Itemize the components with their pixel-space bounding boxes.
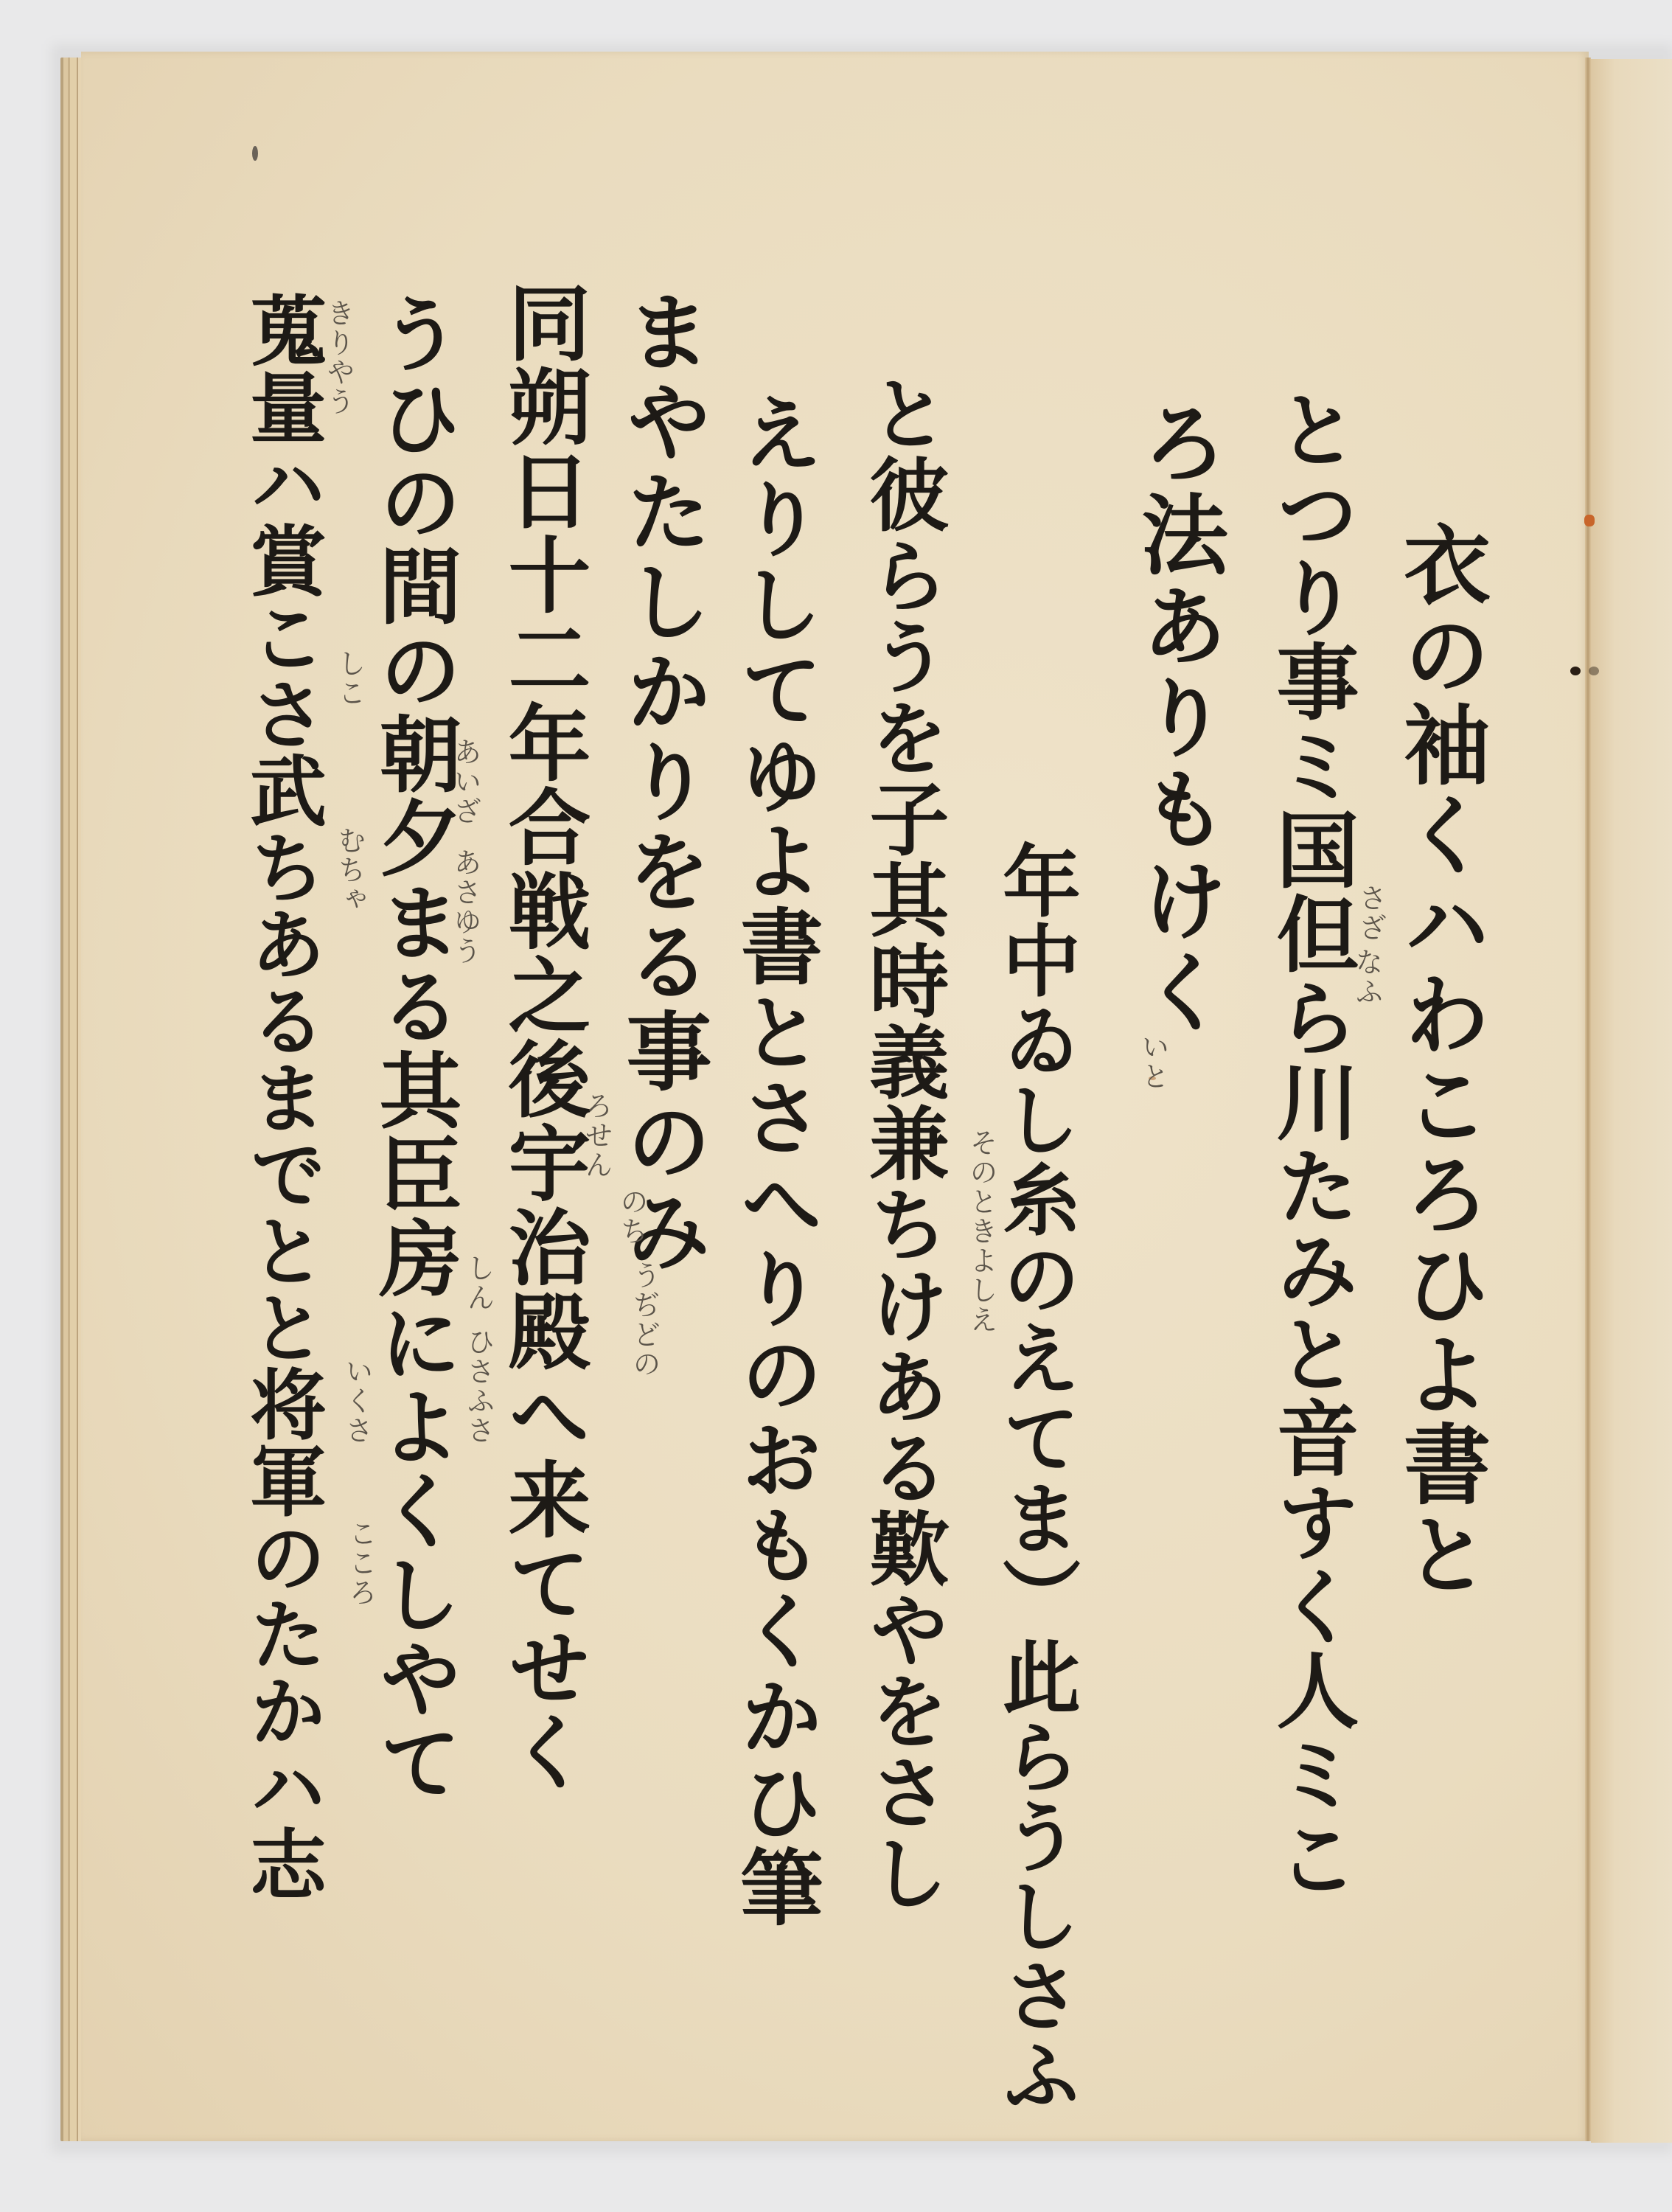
furigana: いと <box>1139 1032 1167 1091</box>
furigana: むちゃ <box>335 826 363 914</box>
furigana: きりやう <box>324 299 352 417</box>
furigana: うぢどの <box>630 1261 658 1379</box>
furigana: あいざ <box>451 737 479 826</box>
ink-speck <box>252 146 258 161</box>
text-column-4: 年中ゐし糸のえてま）此らうしさふ <box>997 841 1075 2115</box>
text-column-1: 衣の袖くハわころひよ書と <box>1396 520 1483 1599</box>
binding-hole <box>1589 667 1599 675</box>
furigana: ひさふさ <box>464 1327 492 1445</box>
rust-spot <box>1584 515 1595 526</box>
text-column-7: まやたしかりをる事のみ <box>619 288 705 1277</box>
binding-gutter <box>1585 58 1591 2141</box>
text-column-6: えりしてゆよ書とさへりのおもくかひ筆 <box>734 391 816 1930</box>
furigana: そのときよしえ <box>967 1128 995 1335</box>
furigana: なふ <box>1353 947 1381 1006</box>
text-column-8: 同朔日十二年合戦之後宇治殿へ来てせく <box>501 280 584 1793</box>
text-column-5: と彼らうを子其時義兼ちけある歎やをさし <box>863 372 942 1913</box>
furigana: さざ <box>1356 883 1384 942</box>
text-column-10: 蒐量ハ賞こさ武ちあるまでとと将軍のたかハ志 <box>243 291 320 1902</box>
text-column-9: うひの間の朝夕まる其臣房によくしやて <box>372 291 455 1804</box>
furigana: ろせん <box>582 1091 610 1180</box>
furigana: のち <box>618 1187 646 1246</box>
furigana: こころ <box>346 1519 375 1607</box>
furigana: しこ <box>335 649 363 708</box>
binding-hole <box>1570 667 1581 675</box>
text-column-3: ろ法ありもけく <box>1134 398 1221 1038</box>
furigana: しん <box>464 1253 492 1312</box>
furigana: あさゆう <box>451 848 479 966</box>
facing-page-sliver <box>1591 59 1672 2143</box>
furigana: いくさ <box>343 1357 371 1445</box>
text-column-2: とつり事ミ国但ら川たみと音すく人ミこ <box>1269 387 1352 1900</box>
